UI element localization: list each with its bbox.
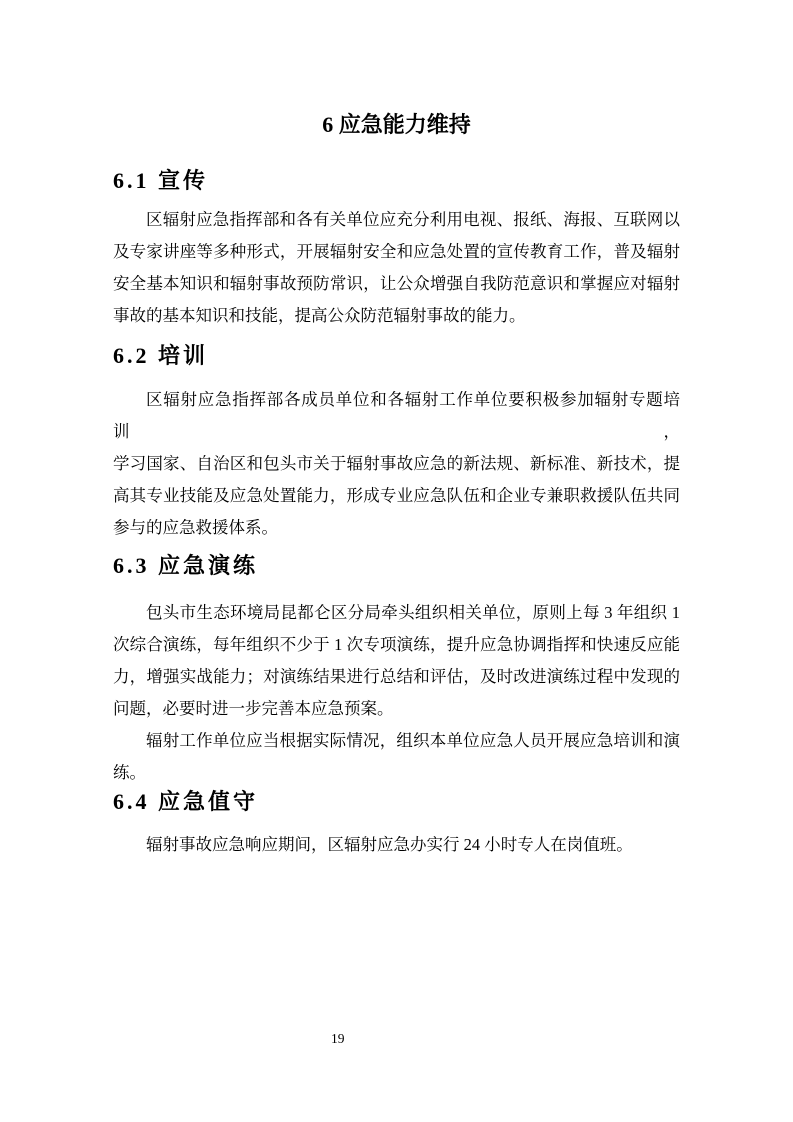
paragraph-line: 学习国家、自治区和包头市关于辐射事故应急的新法规、新标准、新技术，提 [113,448,680,480]
paragraph: 包头市生态环境局昆都仑区分局牵头组织相关单位，原则上每 3 年组织 1 次综合演… [113,597,680,725]
page-number: 19 [331,1031,345,1047]
paragraph-line: 次综合演练，每年组织不少于 1 次专项演练，提升应急协调指挥和快速反应能 [113,629,680,661]
paragraph-line: 区辐射应急指挥部和各有关单位应充分利用电视、报纸、海报、互联网以 [113,204,680,236]
section-heading-6-2: 6.2 培训 [113,343,680,369]
paragraph: 辐射工作单位应当根据实际情况，组织本单位应急人员开展应急培训和演 练。 [113,725,680,789]
paragraph-line: 区辐射应急指挥部各成员单位和各辐射工作单位要积极参加辐射专题培训， [113,384,680,448]
paragraph: 区辐射应急指挥部和各有关单位应充分利用电视、报纸、海报、互联网以 及专家讲座等多… [113,204,680,332]
paragraph-line: 辐射工作单位应当根据实际情况，组织本单位应急人员开展应急培训和演 [113,725,680,757]
section-heading-6-4: 6.4 应急值守 [113,789,680,815]
paragraph: 辐射事故应急响应期间，区辐射应急办实行 24 小时专人在岗值班。 [113,829,680,861]
paragraph-line: 及专家讲座等多种形式，开展辐射安全和应急处置的宣传教育工作，普及辐射 [113,236,680,268]
document-content: 6 应急能力维持 6.1 宣传 区辐射应急指挥部和各有关单位应充分利用电视、报纸… [113,0,680,861]
section-heading-6-3: 6.3 应急演练 [113,553,680,579]
paragraph-line: 问题，必要时进一步完善本应急预案。 [113,693,680,725]
paragraph-line: 辐射事故应急响应期间，区辐射应急办实行 24 小时专人在岗值班。 [113,829,680,861]
document-title: 6 应急能力维持 [113,110,680,140]
paragraph-line: 包头市生态环境局昆都仑区分局牵头组织相关单位，原则上每 3 年组织 1 [113,597,680,629]
paragraph-line: 高其专业技能及应急处置能力，形成专业应急队伍和企业专兼职救援队伍共同 [113,480,680,512]
paragraph-line: 力，增强实战能力；对演练结果进行总结和评估，及时改进演练过程中发现的 [113,661,680,693]
paragraph: 区辐射应急指挥部各成员单位和各辐射工作单位要积极参加辐射专题培训， 学习国家、自… [113,384,680,544]
paragraph-line: 事故的基本知识和技能，提高公众防范辐射事故的能力。 [113,300,680,332]
section-heading-6-1: 6.1 宣传 [113,168,680,194]
paragraph-line: 练。 [113,757,680,789]
document-page: 6 应急能力维持 6.1 宣传 区辐射应急指挥部和各有关单位应充分利用电视、报纸… [0,0,793,1122]
paragraph-line: 安全基本知识和辐射事故预防常识，让公众增强自我防范意识和掌握应对辐射 [113,268,680,300]
paragraph-line: 参与的应急救援体系。 [113,512,680,544]
